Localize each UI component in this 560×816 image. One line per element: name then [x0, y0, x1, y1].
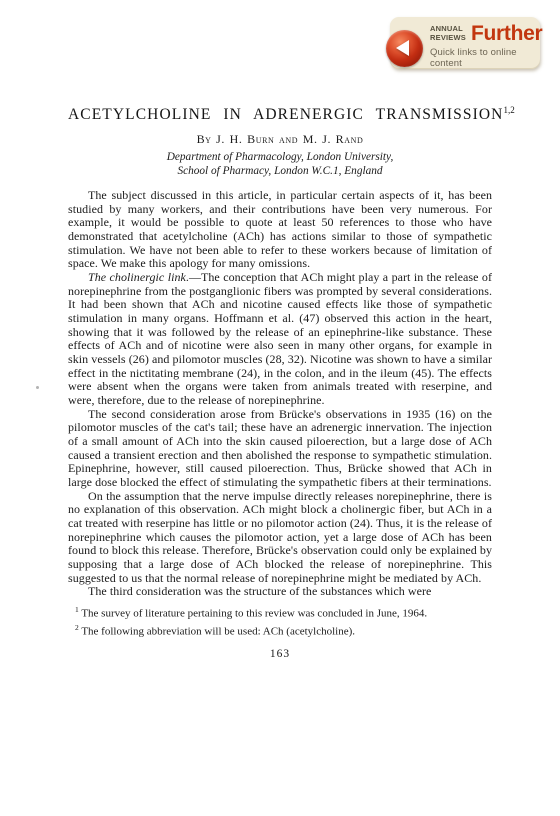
- article-title-text: ACETYLCHOLINE IN ADRENERGIC TRANSMISSION: [68, 106, 503, 123]
- footnote-1-text: The survey of literature pertaining to t…: [81, 608, 427, 620]
- title-footnote-superscript: 1,2: [503, 105, 514, 115]
- footnote-2-marker: 2: [75, 623, 79, 632]
- paragraph-4: On the assumption that the nerve impulse…: [68, 490, 492, 586]
- paragraph-1: The subject discussed in this article, i…: [68, 189, 492, 271]
- paragraph-2: The cholinergic link.—The conception tha…: [68, 271, 492, 408]
- affiliation-line-1: Department of Pharmacology, London Unive…: [68, 151, 492, 165]
- affiliation-line-2: School of Pharmacy, London W.C.1, Englan…: [68, 165, 492, 179]
- paragraph-2-italic-lead: The cholinergic link: [88, 270, 186, 284]
- footnote-2: 2 The following abbreviation will be use…: [75, 621, 492, 639]
- paragraph-2-text: .—The conception that ACh might play a p…: [68, 270, 492, 407]
- paragraph-5: The third consideration was the structur…: [68, 585, 492, 599]
- article-body: The subject discussed in this article, i…: [68, 189, 492, 599]
- page-number: 163: [68, 648, 492, 660]
- footnote-1-marker: 1: [75, 605, 79, 614]
- byline: By J. H. Burn and M. J. Rand: [68, 132, 492, 147]
- footnote-1: 1 The survey of literature pertaining to…: [75, 603, 492, 621]
- article-title: ACETYLCHOLINE IN ADRENERGIC TRANSMISSION…: [68, 100, 492, 125]
- paragraph-3: The second consideration arose from Brüc…: [68, 408, 492, 490]
- footnotes-block: 1 The survey of literature pertaining to…: [68, 603, 492, 640]
- footnote-2-text: The following abbreviation will be used:…: [81, 626, 355, 638]
- scan-artifact-dot: [36, 386, 39, 389]
- article-page: ACETYLCHOLINE IN ADRENERGIC TRANSMISSION…: [68, 0, 492, 660]
